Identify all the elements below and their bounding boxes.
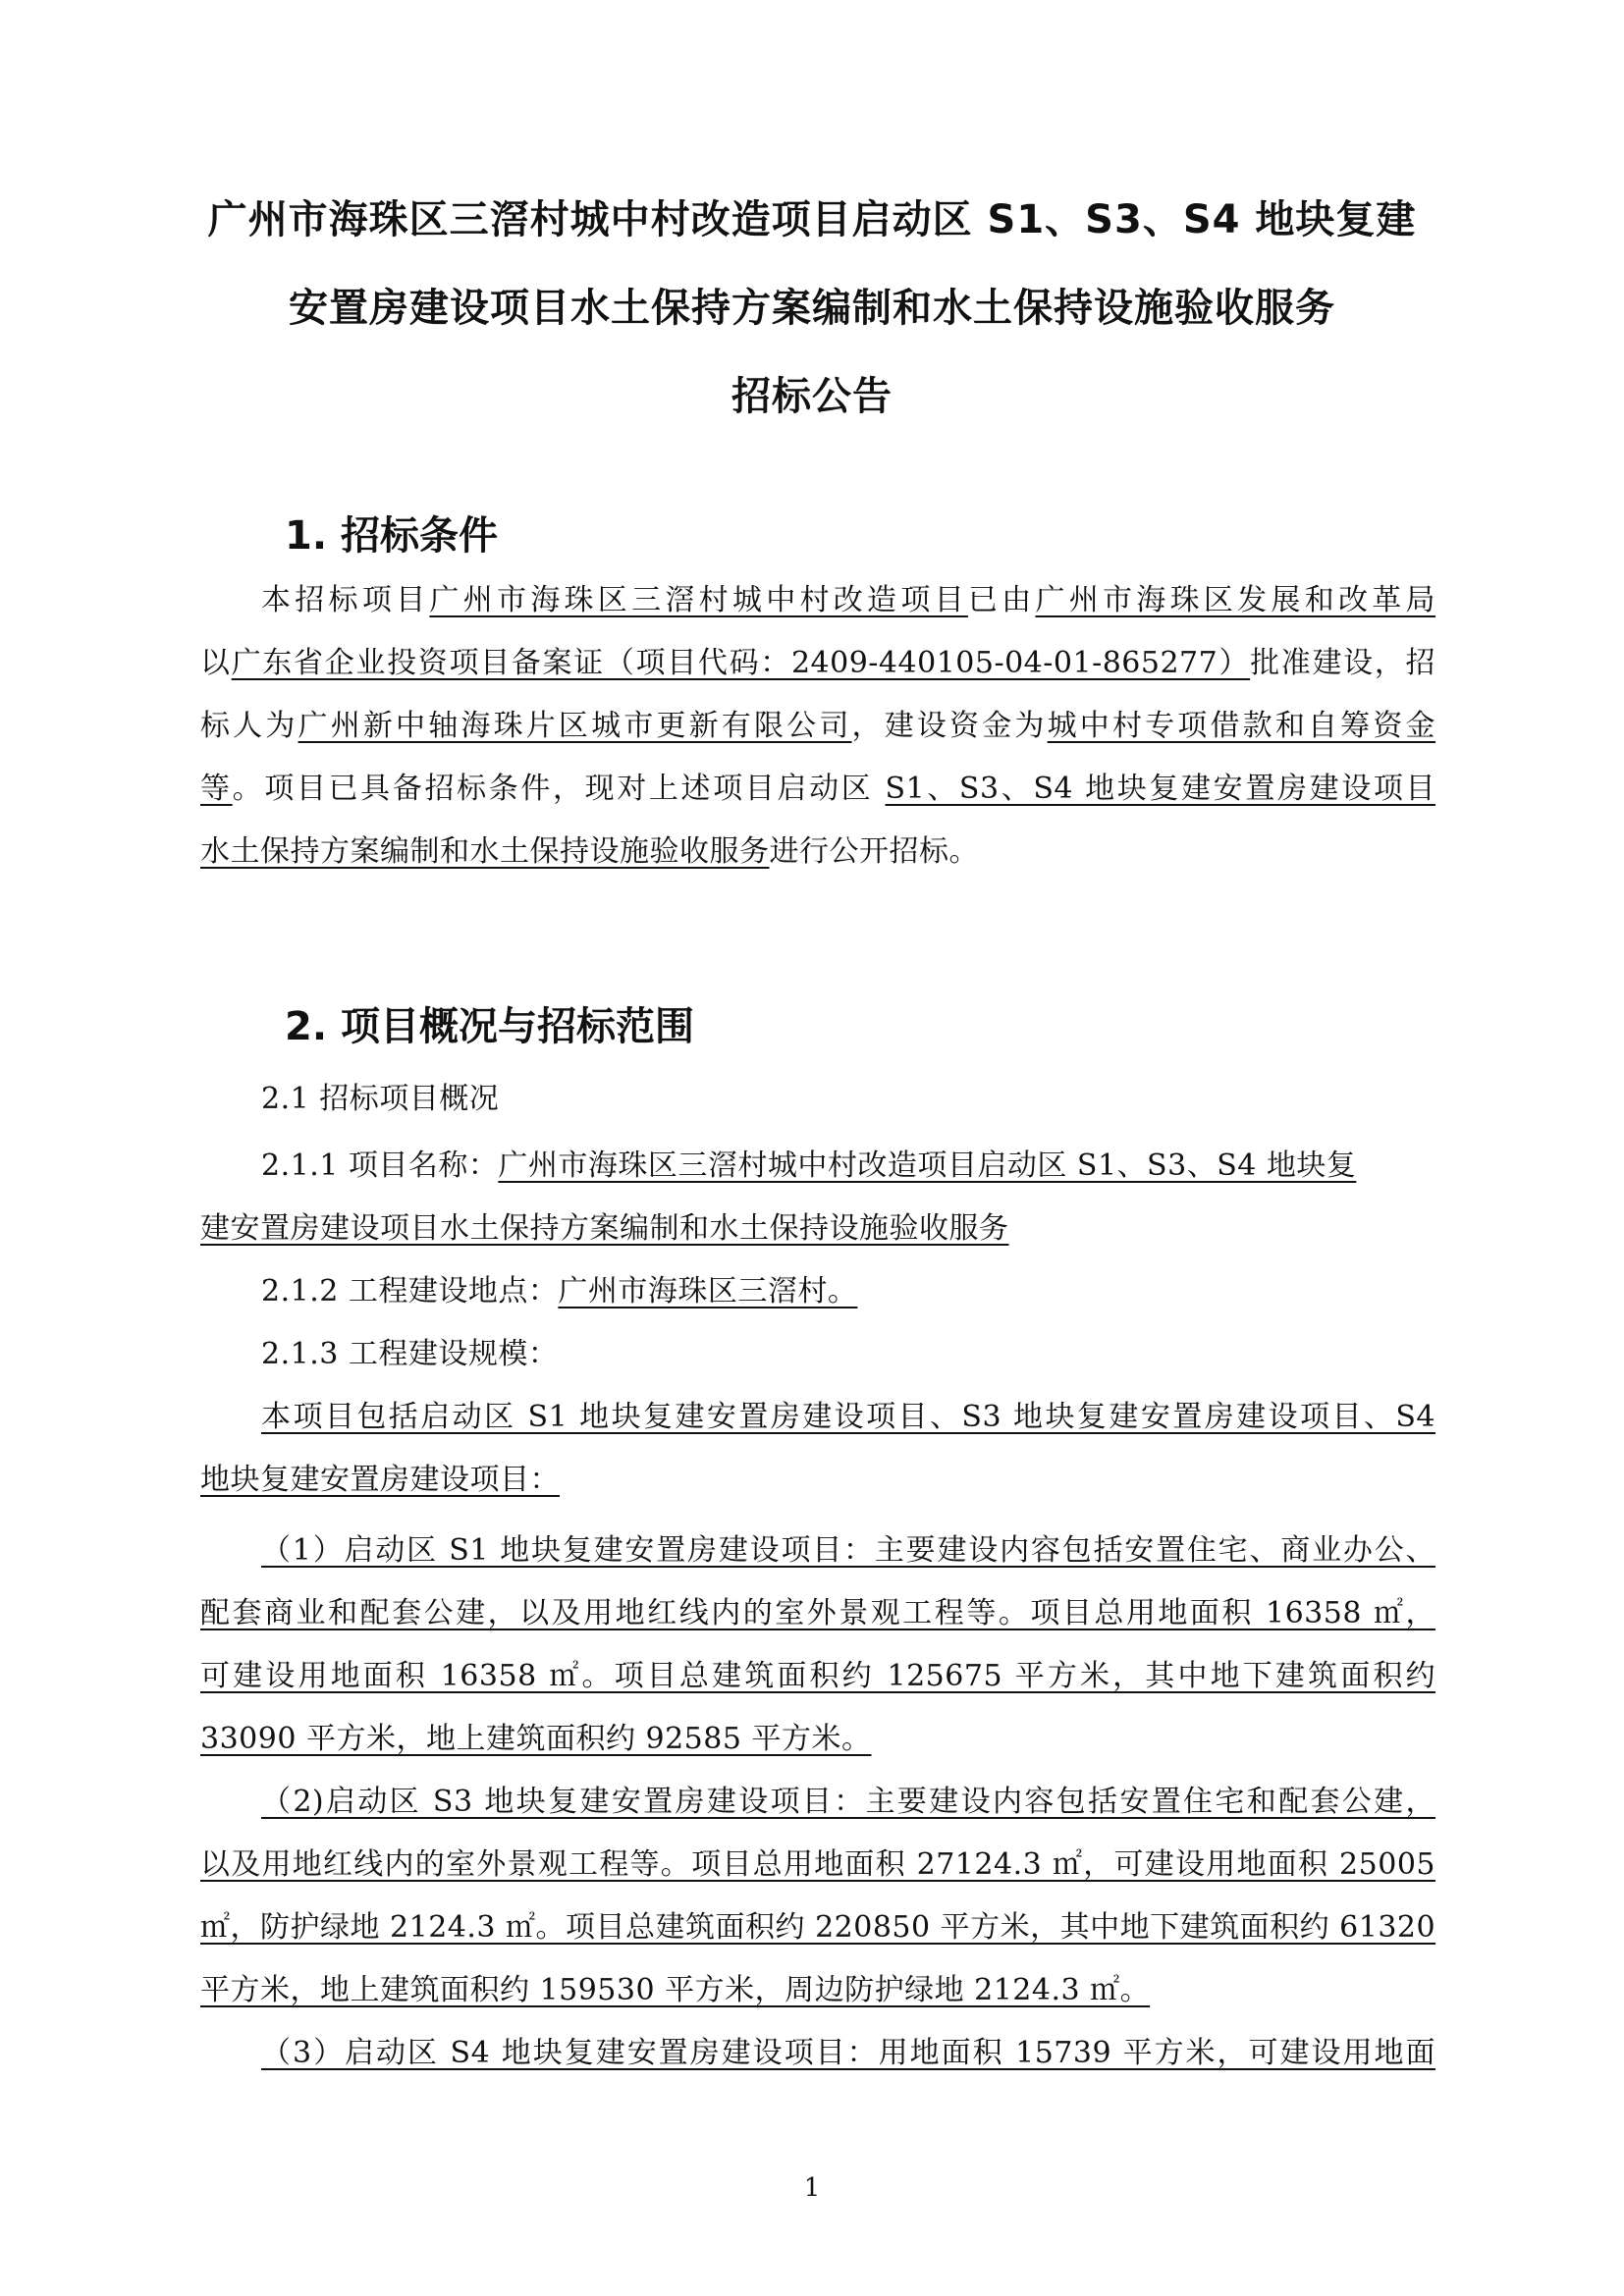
underlined-text: 广东省企业投资项目备案证（项目代码：2409-440105-04-01-8652… [232,646,1250,680]
item-2-1-2-label: 2.1.2 工程建设地点： [261,1274,558,1308]
subsection-2-1-heading: 2.1 招标项目概况 [261,1080,1435,1119]
item-2-1-1-line-2: 建安置房建设项目水土保持方案编制和水土保持设施验收服务 [200,1209,1435,1249]
construction-location-value: 广州市海珠区三滘村。 [558,1274,857,1308]
s1-line-1: （1）启动区 S1 地块复建安置房建设项目：主要建设内容包括安置住宅、商业办公、 [261,1531,1435,1571]
section-2-heading: 2. 项目概况与招标范围 [285,1003,694,1050]
underlined-text: 广州新中轴海珠片区城市更新有限公司 [298,709,852,743]
s4-line-1: （3）启动区 S4 地块复建安置房建设项目：用地面积 15739 平方米，可建设… [261,2034,1435,2073]
project-name-value: 广州市海珠区三滘村城中村改造项目启动区 S1、S3、S4 地块复 [498,1148,1356,1183]
underlined-text: 水土保持方案编制和水土保持设施验收服务 [200,834,770,869]
s3-line-2: 以及用地红线内的室外景观工程等。项目总用地面积 27124.3 ㎡，可建设用地面… [200,1845,1435,1885]
scope-intro-text: 地块复建安置房建设项目： [200,1463,560,1497]
underlined-text: 城中村专项借款和自筹资金 [1048,709,1435,743]
section-1-heading: 1. 招标条件 [285,512,498,560]
text: ，建设资金为 [852,709,1048,743]
s1-line-2: 配套商业和配套公建，以及用地红线内的室外景观工程等。项目总用地面积 16358 … [200,1594,1435,1633]
document-page: 广州市海珠区三滘村城中村改造项目启动区 S1、S3、S4 地块复建 安置房建设项… [0,0,1624,2296]
underlined-text: 等 [200,772,233,806]
section-1-line-5: 水土保持方案编制和水土保持设施验收服务进行公开招标。 [200,832,1435,872]
s3-line-3: ㎡，防护绿地 2124.3 ㎡。项目总建筑面积约 220850 平方米，其中地下… [200,1908,1435,1948]
item-2-1-3: 2.1.3 工程建设规模： [261,1335,1435,1374]
section-1-line-3: 标人为广州新中轴海珠片区城市更新有限公司，建设资金为城中村专项借款和自筹资金 [200,707,1435,746]
section-1-line-2: 以广东省企业投资项目备案证（项目代码：2409-440105-04-01-865… [200,644,1435,683]
s1-line-3: 可建设用地面积 16358 ㎡。项目总建筑面积约 125675 平方米，其中地下… [200,1657,1435,1696]
underlined-text: 广州市海珠区发展和改革局 [1035,583,1435,617]
scope-intro-line-1: 本项目包括启动区 S1 地块复建安置房建设项目、S3 地块复建安置房建设项目、S… [261,1398,1435,1437]
text: 标人为 [200,709,298,743]
document-title-line-3: 招标公告 [187,373,1437,420]
section-1-line-4: 等。项目已具备招标条件，现对上述项目启动区 S1、S3、S4 地块复建安置房建设… [200,770,1435,809]
document-title-line-2: 安置房建设项目水土保持方案编制和水土保持设施验收服务 [187,285,1437,332]
text: 批准建设，招 [1250,646,1435,680]
document-title-line-1: 广州市海珠区三滘村城中村改造项目启动区 S1、S3、S4 地块复建 [187,196,1437,243]
section-1-line-1: 本招标项目广州市海珠区三滘村城中村改造项目已由广州市海珠区发展和改革局 [261,581,1435,620]
underlined-text: 广州市海珠区三滘村城中村改造项目 [429,583,967,617]
item-2-1-1-line-1: 2.1.1 项目名称：广州市海珠区三滘村城中村改造项目启动区 S1、S3、S4 … [261,1147,1435,1186]
s1-text: 33090 平方米，地上建筑面积约 92585 平方米。 [200,1722,871,1756]
text: 。项目已具备招标条件，现对上述项目启动区 [233,772,886,806]
s3-line-4: 平方米，地上建筑面积约 159530 平方米，周边防护绿地 2124.3 ㎡。 [200,1971,1435,2010]
text: 本招标项目 [261,583,429,617]
s1-line-4: 33090 平方米，地上建筑面积约 92585 平方米。 [200,1720,1435,1759]
scope-intro-line-2: 地块复建安置房建设项目： [200,1461,1435,1500]
s3-text: 平方米，地上建筑面积约 159530 平方米，周边防护绿地 2124.3 ㎡。 [200,1973,1150,2007]
text: 以 [200,646,232,680]
s3-line-1: （2)启动区 S3 地块复建安置房建设项目：主要建设内容包括安置住宅和配套公建， [261,1783,1435,1822]
item-2-1-1-label: 2.1.1 项目名称： [261,1148,498,1183]
underlined-text: S1、S3、S4 地块复建安置房建设项目 [886,772,1435,806]
project-name-value-cont: 建安置房建设项目水土保持方案编制和水土保持设施验收服务 [200,1211,1009,1246]
text: 已由 [968,583,1036,617]
item-2-1-2: 2.1.2 工程建设地点：广州市海珠区三滘村。 [261,1272,1435,1311]
text: 进行公开招标。 [770,834,980,869]
page-number: 1 [0,2173,1624,2203]
